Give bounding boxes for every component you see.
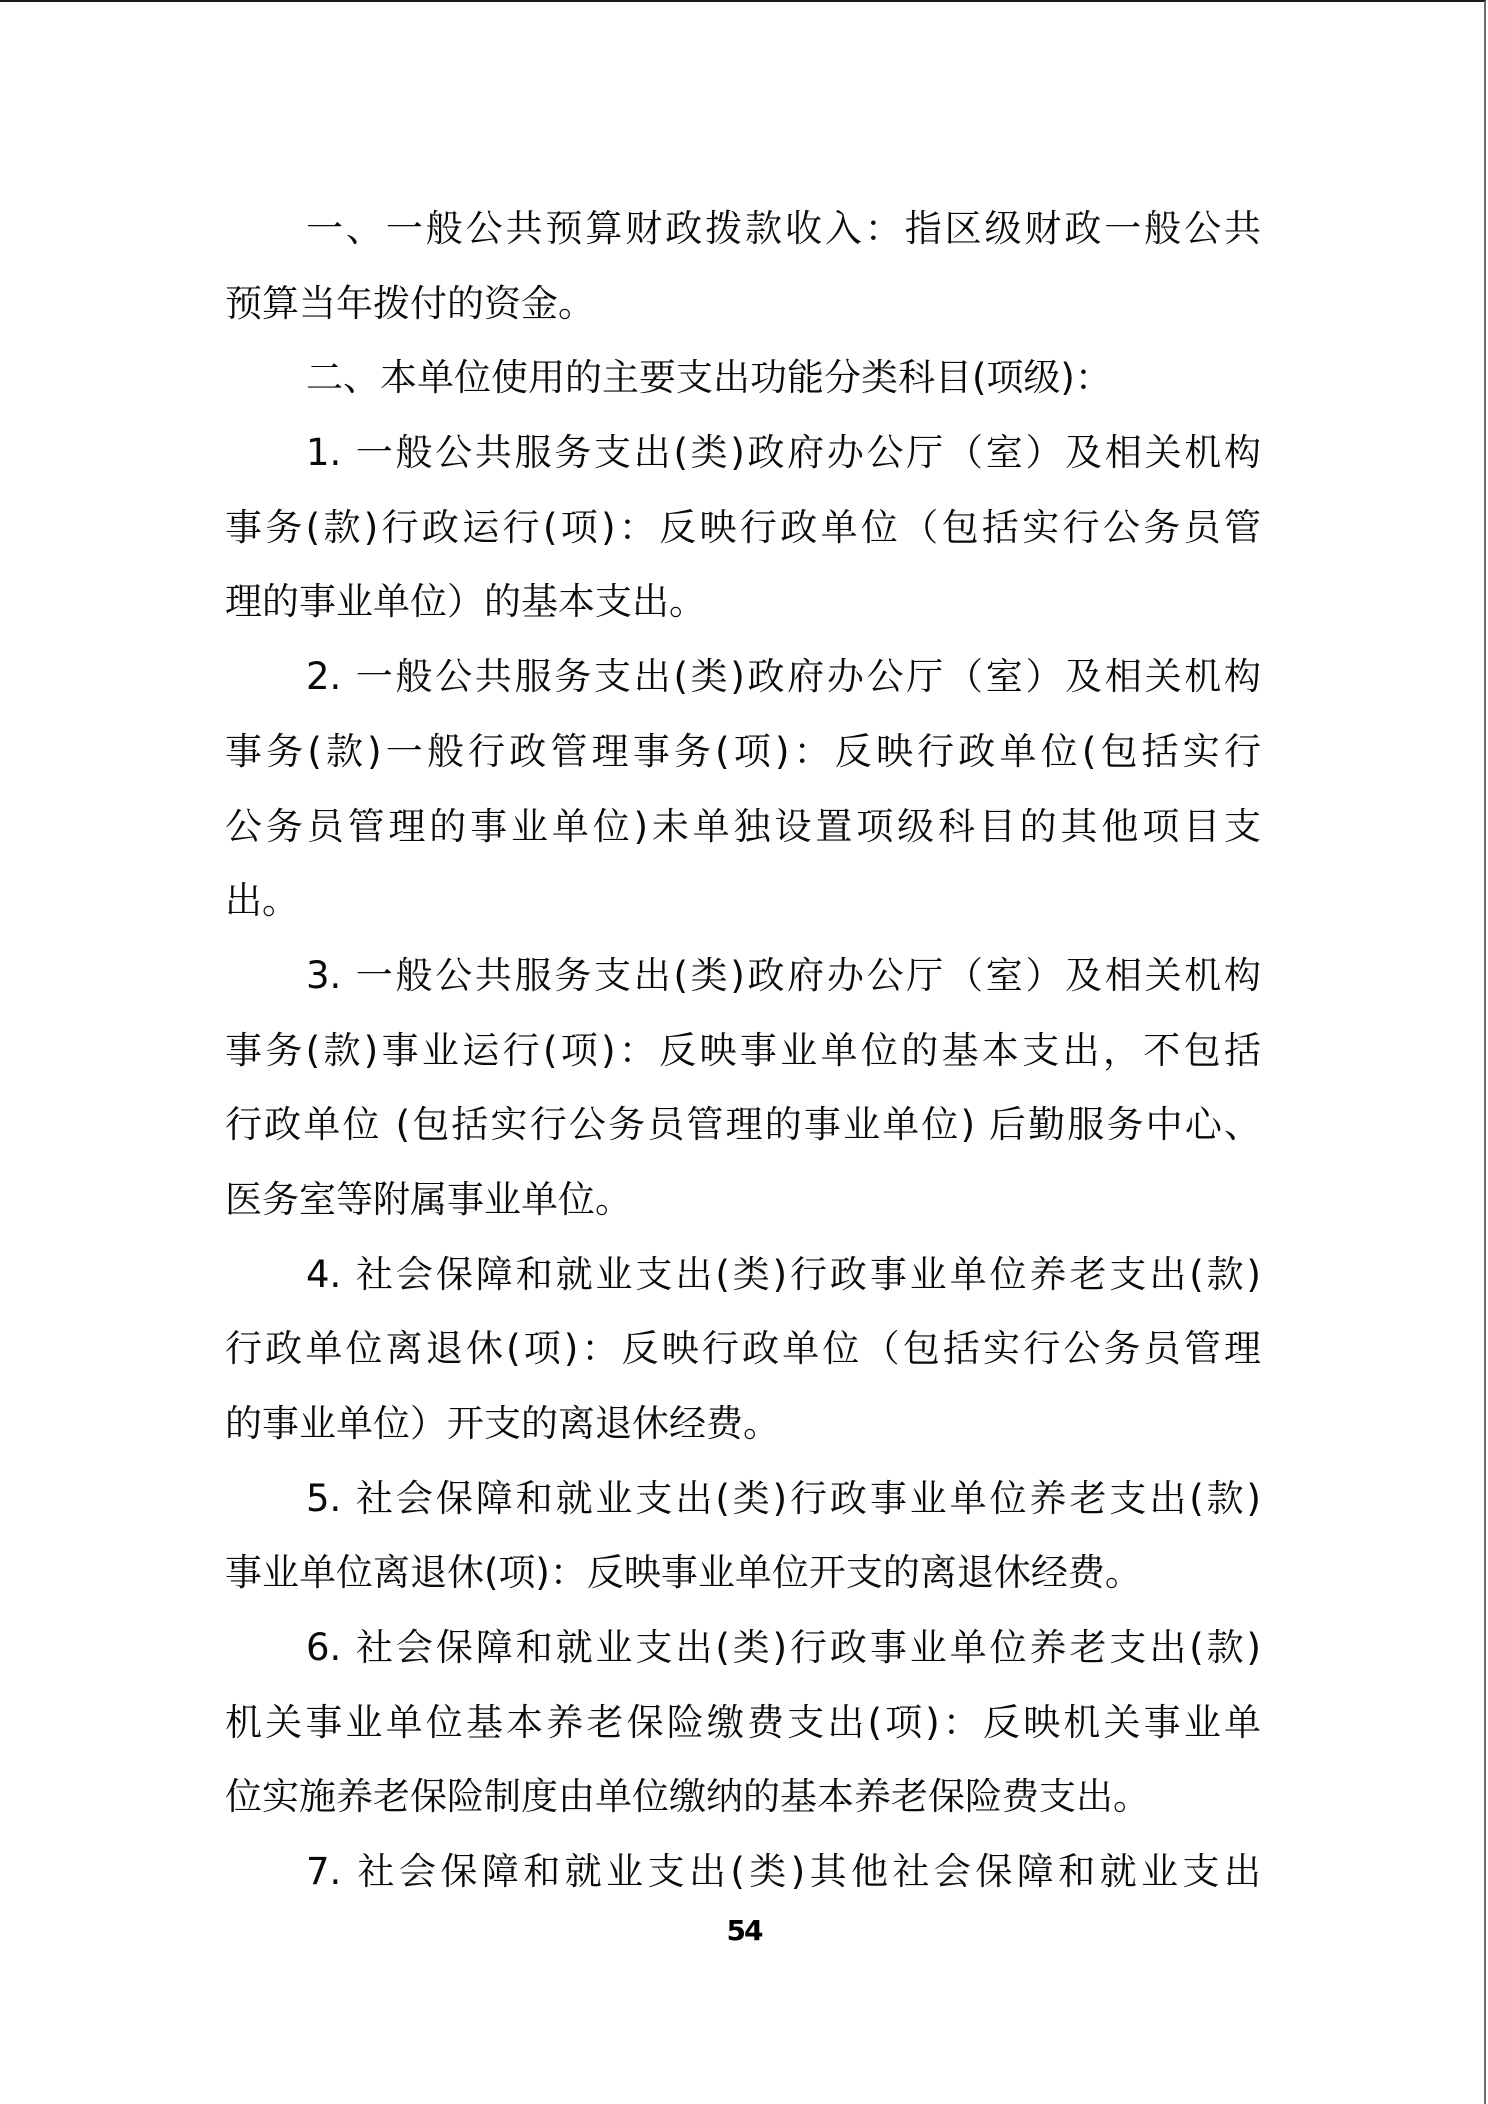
item-2-line-4: 出。	[225, 864, 1261, 939]
item-4-line-2: 行政单位离退休(项)：反映行政单位（包括实行公务员管理	[225, 1312, 1261, 1387]
paragraph-1-line-1: 一、一般公共预算财政拨款收入：指区级财政一般公共	[225, 192, 1261, 267]
body-text: 一、一般公共预算财政拨款收入：指区级财政一般公共 预算当年拨付的资金。 二、本单…	[225, 192, 1261, 1910]
item-3-line-3: 行政单位 (包括实行公务员管理的事业单位) 后勤服务中心、	[225, 1088, 1261, 1163]
item-1-line-1: 1. 一般公共服务支出(类)政府办公厅（室）及相关机构	[225, 416, 1261, 491]
item-2-line-1: 2. 一般公共服务支出(类)政府办公厅（室）及相关机构	[225, 640, 1261, 715]
item-6-line-2: 机关事业单位基本养老保险缴费支出(项)：反映机关事业单	[225, 1686, 1261, 1761]
paragraph-2-line-1: 二、本单位使用的主要支出功能分类科目(项级)：	[225, 341, 1261, 416]
item-4-line-3: 的事业单位）开支的离退休经费。	[225, 1387, 1261, 1462]
item-1-line-2: 事务(款)行政运行(项)：反映行政单位（包括实行公务员管	[225, 491, 1261, 566]
item-3-line-1: 3. 一般公共服务支出(类)政府办公厅（室）及相关机构	[225, 939, 1261, 1014]
item-2-line-2: 事务(款)一般行政管理事务(项)：反映行政单位(包括实行	[225, 715, 1261, 790]
document-page: 一、一般公共预算财政拨款收入：指区级财政一般公共 预算当年拨付的资金。 二、本单…	[0, 0, 1486, 2104]
item-6-line-1: 6. 社会保障和就业支出(类)行政事业单位养老支出(款)	[225, 1611, 1261, 1686]
item-3-line-4: 医务室等附属事业单位。	[225, 1163, 1261, 1238]
item-2-line-3: 公务员管理的事业单位)未单独设置项级科目的其他项目支	[225, 790, 1261, 865]
item-5-line-2: 事业单位离退休(项)：反映事业单位开支的离退休经费。	[225, 1536, 1261, 1611]
item-7-line-1: 7. 社会保障和就业支出(类)其他社会保障和就业支出	[225, 1835, 1261, 1910]
paragraph-1-line-2: 预算当年拨付的资金。	[225, 267, 1261, 342]
item-1-line-3: 理的事业单位）的基本支出。	[225, 565, 1261, 640]
item-6-line-3: 位实施养老保险制度由单位缴纳的基本养老保险费支出。	[225, 1760, 1261, 1835]
item-3-line-2: 事务(款)事业运行(项)：反映事业单位的基本支出，不包括	[225, 1014, 1261, 1089]
item-4-line-1: 4. 社会保障和就业支出(类)行政事业单位养老支出(款)	[225, 1238, 1261, 1313]
item-5-line-1: 5. 社会保障和就业支出(类)行政事业单位养老支出(款)	[225, 1462, 1261, 1537]
page-number: 54	[0, 1914, 1488, 1947]
